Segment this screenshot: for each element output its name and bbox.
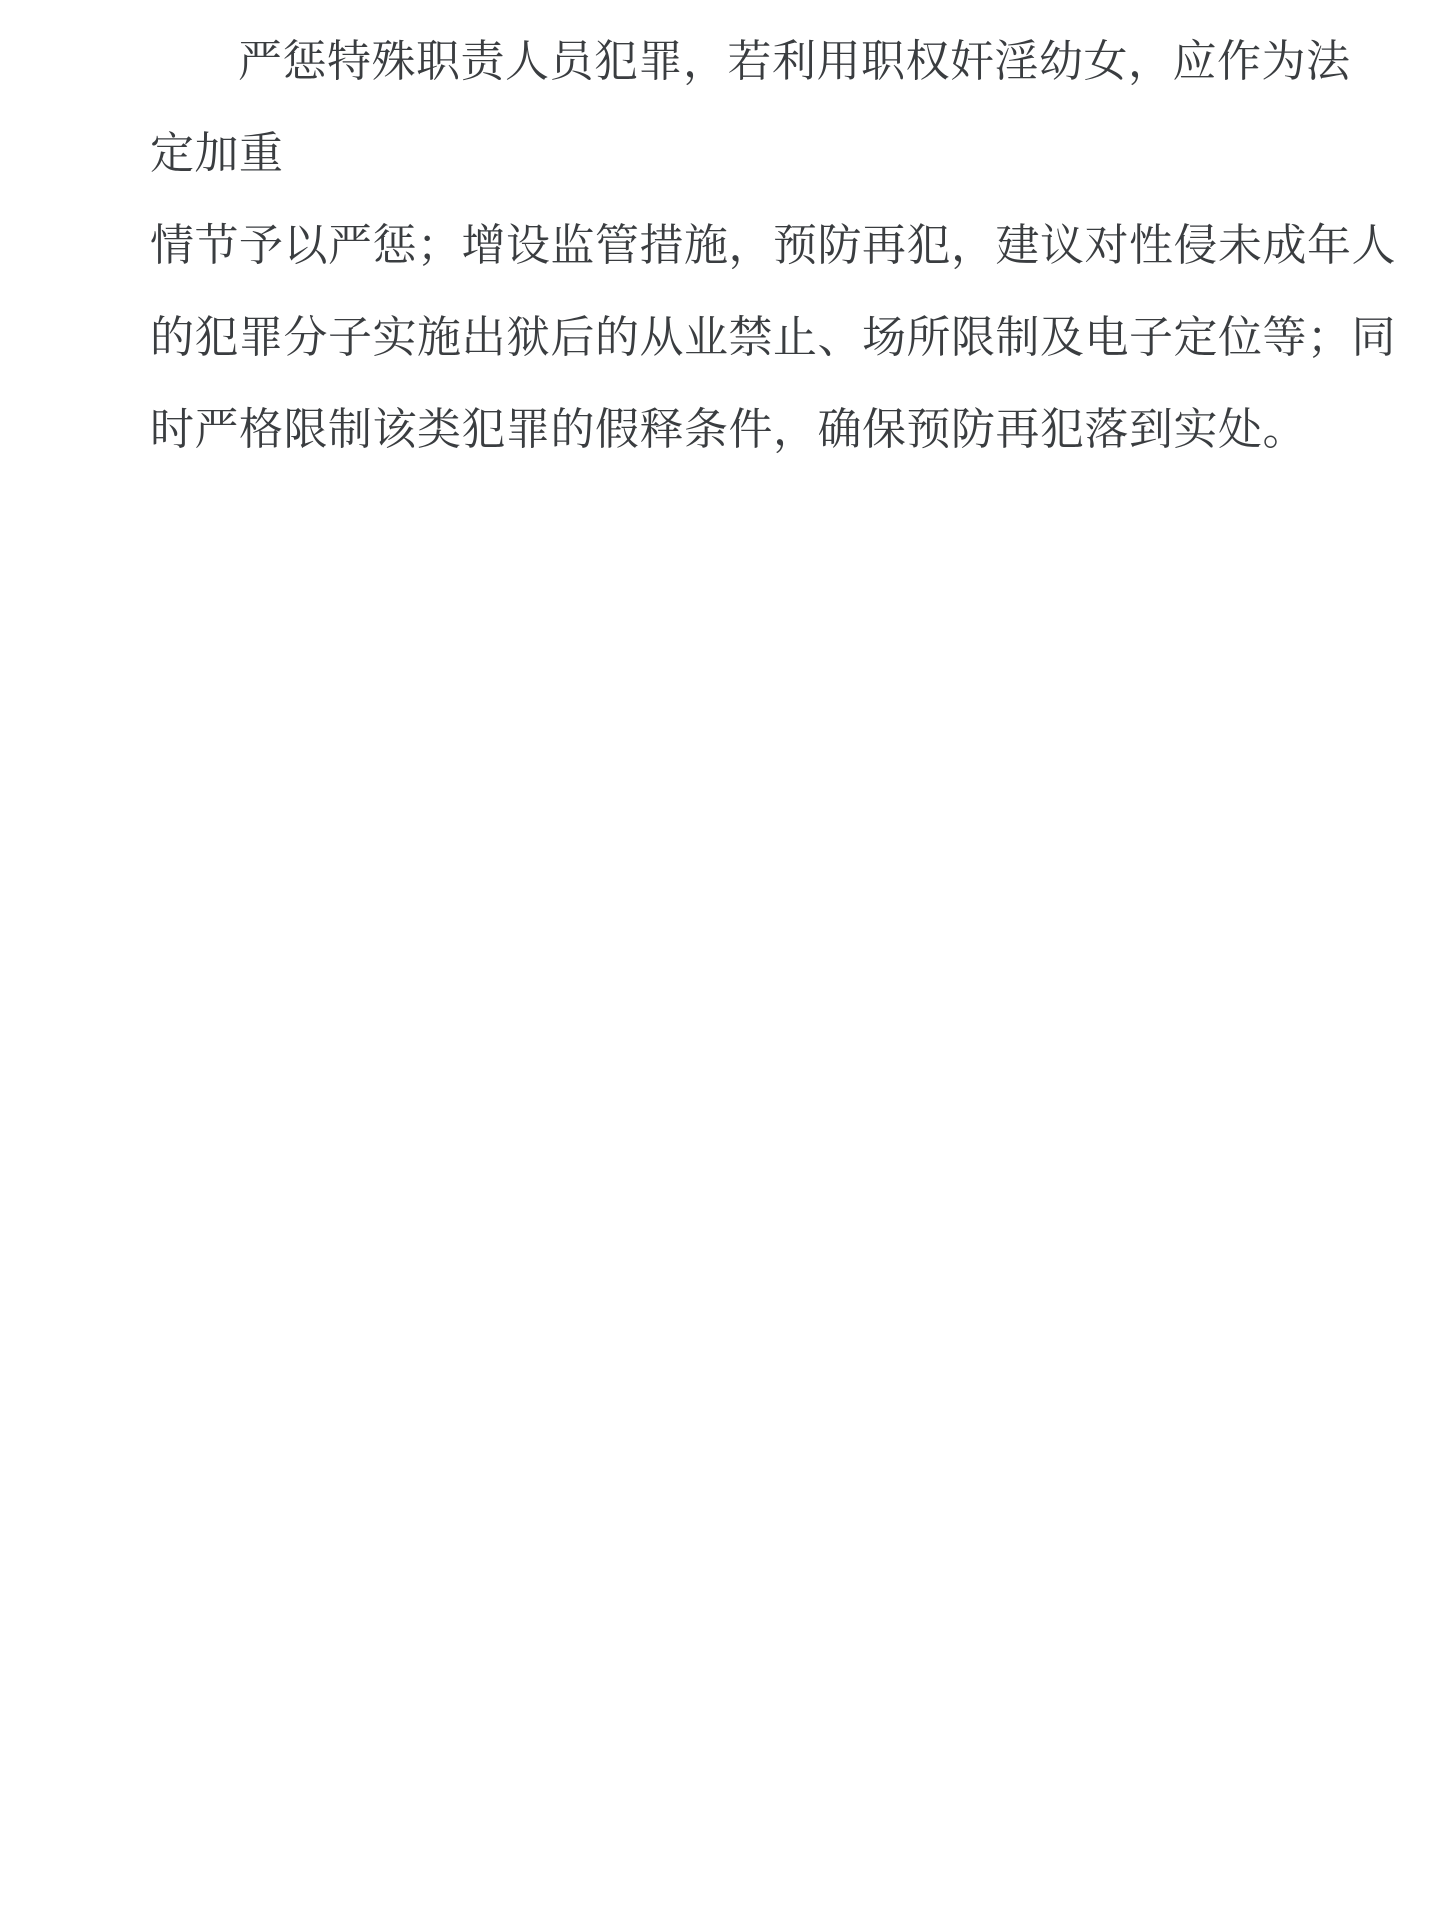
text-line: 严惩特殊职责人员犯罪，若利用职权奸淫幼女，应作为法 bbox=[150, 16, 1410, 108]
text-line: 定加重 bbox=[150, 108, 1410, 200]
text-line: 的犯罪分子实施出狱后的从业禁止、场所限制及电子定位等；同 bbox=[150, 292, 1410, 384]
text-line: 时严格限制该类犯罪的假释条件，确保预防再犯落到实处。 bbox=[150, 384, 1410, 476]
document-page: 严惩特殊职责人员犯罪，若利用职权奸淫幼女，应作为法 定加重 情节予以严惩；增设监… bbox=[0, 0, 1440, 1920]
text-line: 情节予以严惩；增设监管措施，预防再犯，建议对性侵未成年人 bbox=[150, 200, 1410, 292]
document-text-block: 严惩特殊职责人员犯罪，若利用职权奸淫幼女，应作为法 定加重 情节予以严惩；增设监… bbox=[150, 16, 1410, 476]
